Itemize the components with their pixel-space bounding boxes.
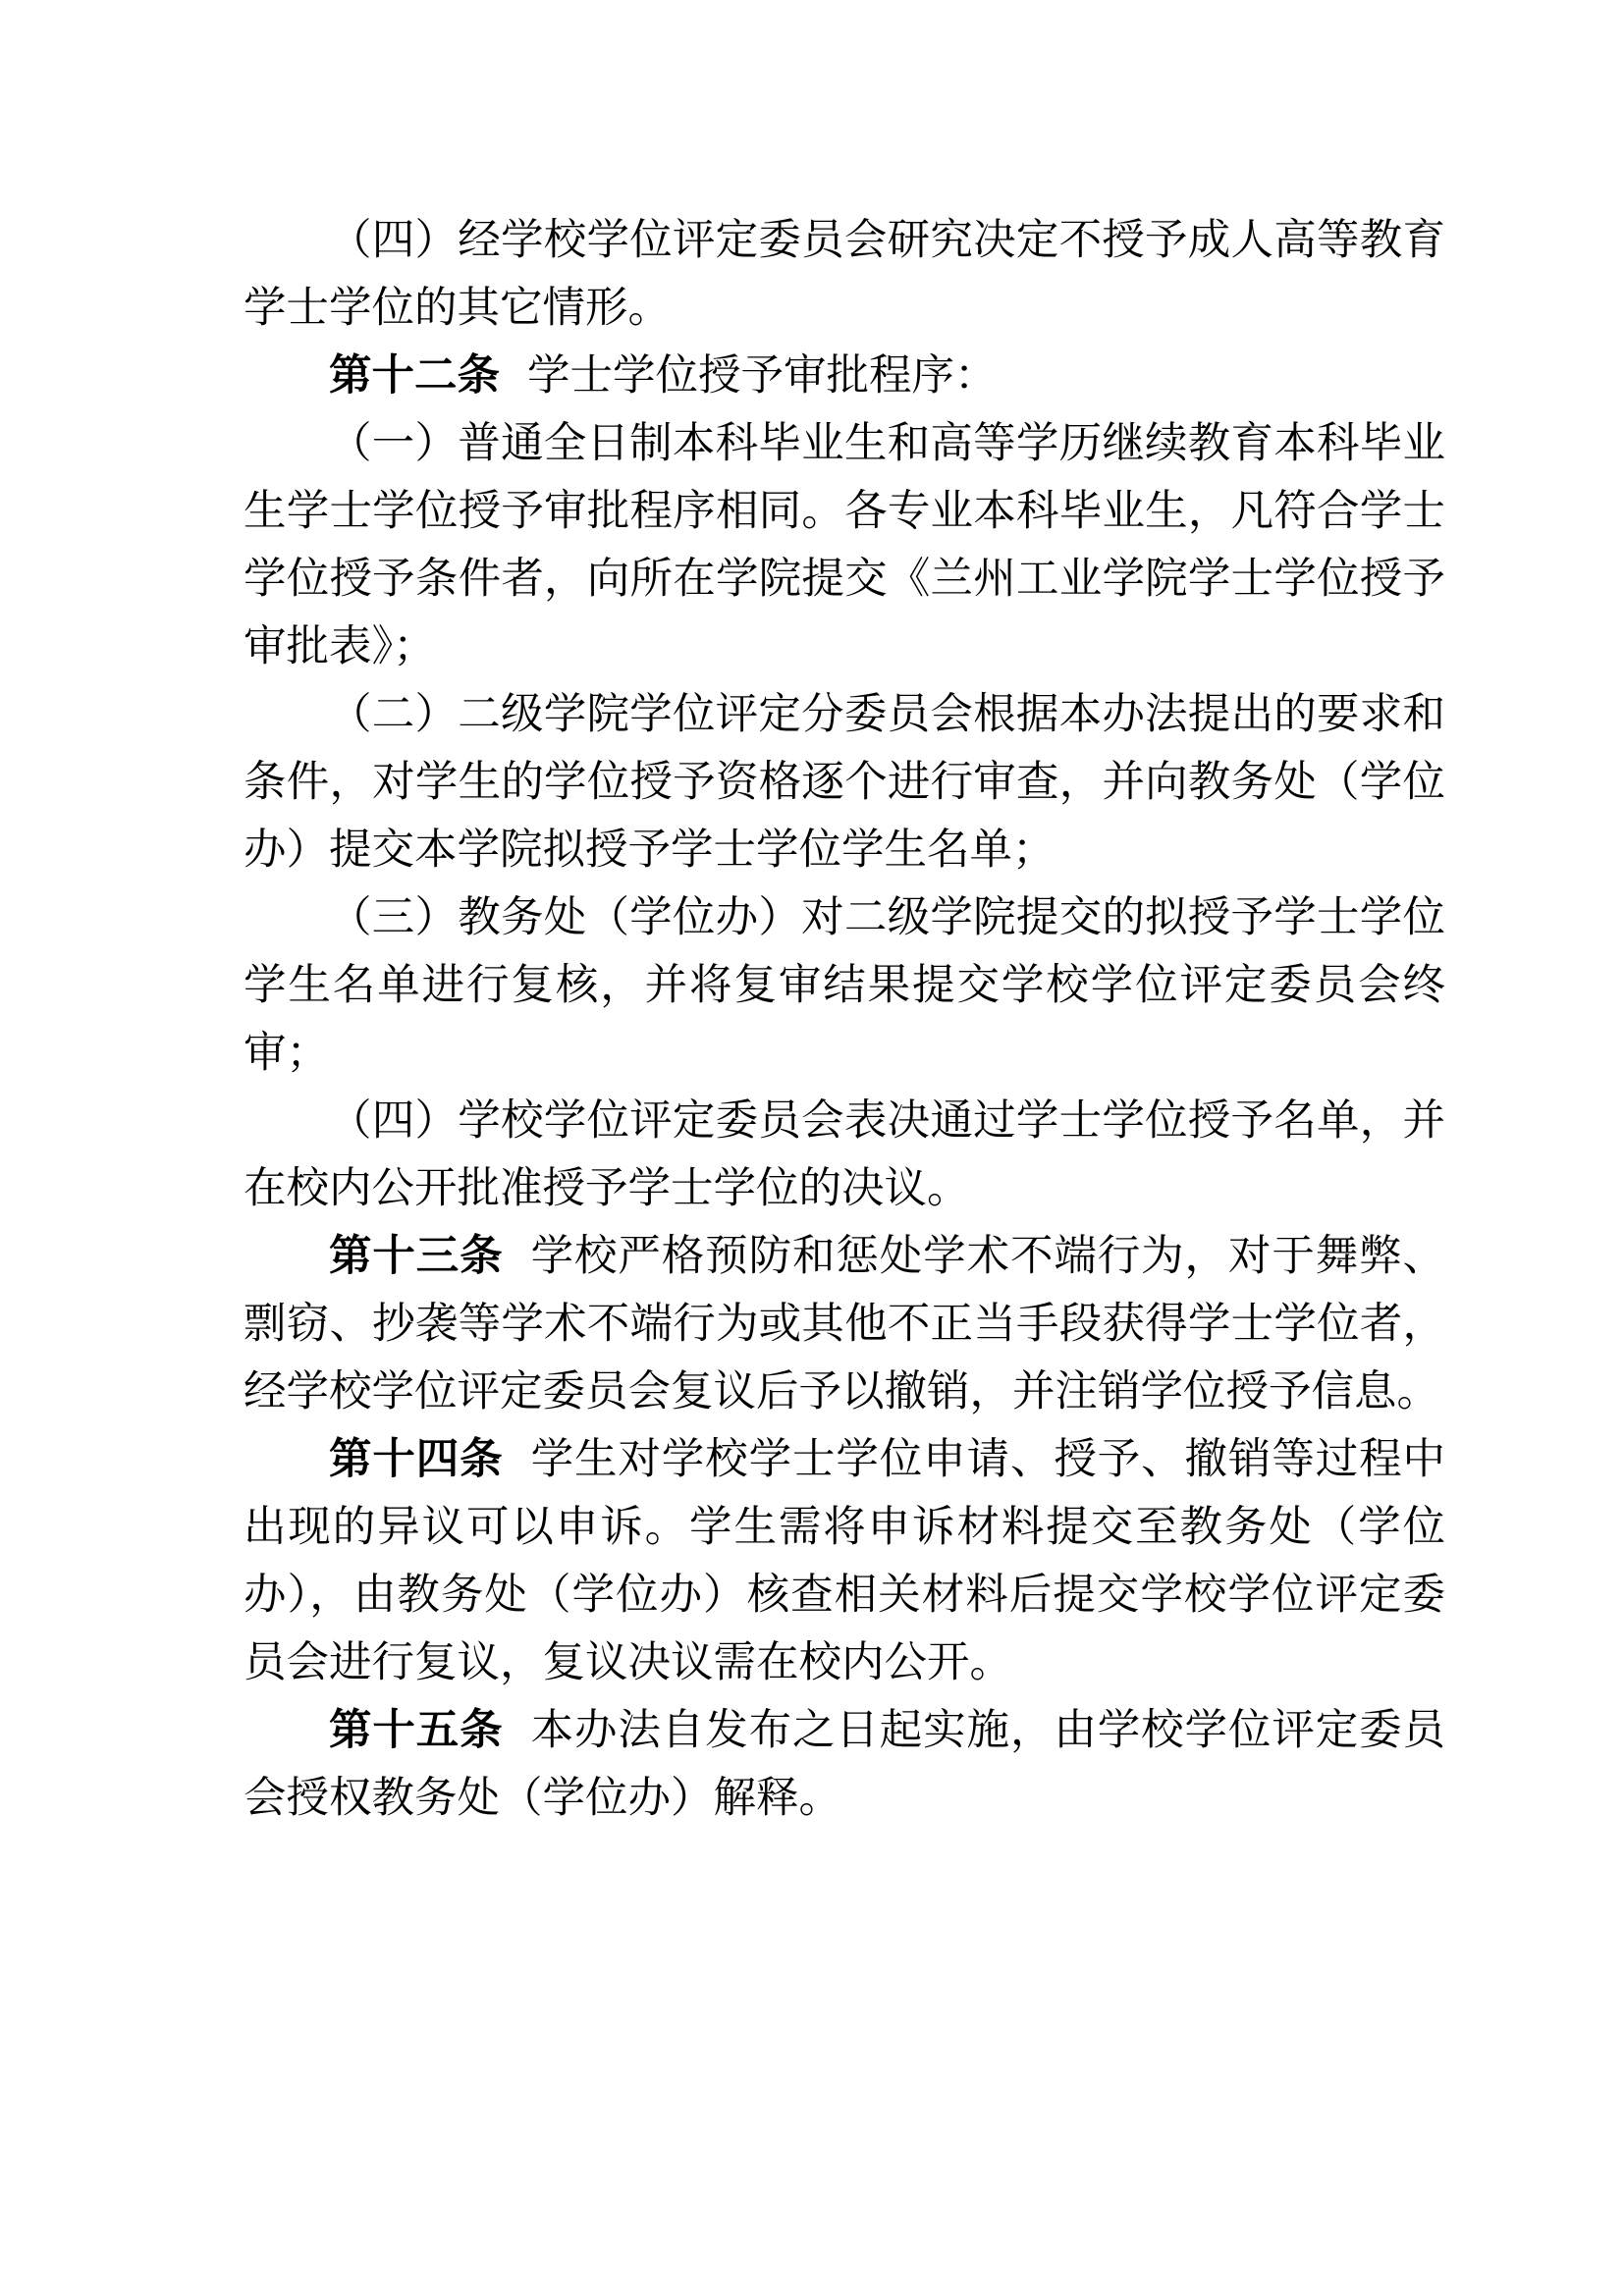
paragraph-item-1-procedure: （一）普通全日制本科毕业生和高等学历继续教育本科毕业生学士学位授予审批程序相同。… xyxy=(244,410,1445,681)
paragraph-item-4-adult-education: （四）经学校学位评定委员会研究决定不授予成人高等教育学士学位的其它情形。 xyxy=(244,207,1445,343)
document-body: （四）经学校学位评定委员会研究决定不授予成人高等教育学士学位的其它情形。 第十二… xyxy=(244,207,1445,1833)
paragraph-text: （一）普通全日制本科毕业生和高等学历继续教育本科毕业生学士学位授予审批程序相同。… xyxy=(244,420,1445,670)
paragraph-text: （四）经学校学位评定委员会研究决定不授予成人高等教育学士学位的其它情形。 xyxy=(244,217,1445,332)
clause-term-article-14: 第十四条 xyxy=(329,1436,531,1483)
paragraph-text: （二）二级学院学位评定分委员会根据本办法提出的要求和条件，对学生的学位授予资格逐… xyxy=(244,691,1445,874)
paragraph-item-2-college-committee: （二）二级学院学位评定分委员会根据本办法提出的要求和条件，对学生的学位授予资格逐… xyxy=(244,681,1445,884)
paragraph-article-14: 第十四条学生对学校学士学位申请、授予、撤销等过程中出现的异议可以申诉。学生需将申… xyxy=(244,1426,1445,1697)
clause-term-article-12: 第十二条 xyxy=(329,352,527,400)
document-page: （四）经学校学位评定委员会研究决定不授予成人高等教育学士学位的其它情形。 第十二… xyxy=(0,0,1624,2296)
clause-term-article-13: 第十三条 xyxy=(329,1233,531,1280)
paragraph-text: （四）学校学位评定委员会表决通过学士学位授予名单，并在校内公开批准授予学士学位的… xyxy=(244,1097,1445,1212)
paragraph-article-13: 第十三条学校严格预防和惩处学术不端行为，对于舞弊、剽窃、抄袭等学术不端行为或其他… xyxy=(244,1223,1445,1426)
paragraph-text: （三）教务处（学位办）对二级学院提交的拟授予学士学位学生名单进行复核，并将复审结… xyxy=(244,894,1445,1077)
paragraph-article-15: 第十五条本办法自发布之日起实施，由学校学位评定委员会授权教务处（学位办）解释。 xyxy=(244,1697,1445,1833)
paragraph-text: 学士学位授予审批程序： xyxy=(527,352,998,400)
paragraph-article-12: 第十二条学士学位授予审批程序： xyxy=(244,343,1445,410)
paragraph-item-3-academic-affairs-review: （三）教务处（学位办）对二级学院提交的拟授予学士学位学生名单进行复核，并将复审结… xyxy=(244,884,1445,1088)
paragraph-item-4-committee-vote: （四）学校学位评定委员会表决通过学士学位授予名单，并在校内公开批准授予学士学位的… xyxy=(244,1088,1445,1223)
clause-term-article-15: 第十五条 xyxy=(329,1707,531,1754)
